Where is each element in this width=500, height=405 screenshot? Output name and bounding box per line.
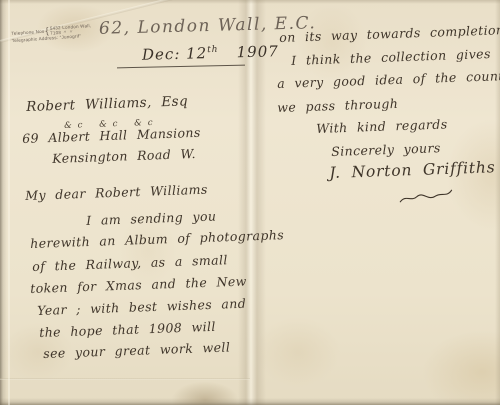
signature-flourish	[398, 189, 454, 205]
letterhead-contact-block: Telephone Nos { 5432 London Wall, 7108 〃…	[11, 22, 108, 43]
paper-crease	[8, 0, 10, 405]
body-line: a very good idea of the country	[277, 68, 500, 91]
closing-valediction: Sincerely yours	[331, 140, 441, 159]
recipient-address-line2: Kensington Road W.	[52, 146, 196, 166]
body-line: we pass through	[277, 96, 398, 115]
body-line: herewith an Album of photographs	[30, 227, 284, 251]
date-day: Dec: 12	[142, 44, 208, 64]
signature: J. Norton Griffiths	[329, 158, 496, 182]
recipient-name: Robert Williams, Esq	[26, 93, 188, 115]
date-ordinal: th	[207, 45, 219, 55]
body-line: token for Xmas and the New	[30, 273, 247, 296]
recipient-address-line1: 69 Albert Hall Mansions	[22, 125, 201, 146]
body-line: I am sending you	[86, 208, 217, 228]
letter-photograph: Telephone Nos { 5432 London Wall, 7108 〃…	[0, 0, 500, 405]
brace-glyph: {	[45, 29, 49, 34]
body-line: see your great work well	[43, 339, 230, 361]
body-line: I think the collection gives	[291, 46, 491, 68]
date-underline	[117, 65, 245, 69]
body-line: of the Railway, as a small	[32, 252, 228, 274]
letter-date: Dec: 12th1907	[142, 42, 279, 64]
body-line: the hope that 1908 will	[39, 319, 216, 340]
salutation: My dear Robert Williams	[25, 182, 208, 203]
date-year: 1907	[236, 42, 279, 61]
body-line: Year ; with best wishes and	[37, 296, 246, 318]
paper-crease	[0, 378, 250, 380]
closing-regards: With kind regards	[316, 116, 448, 136]
